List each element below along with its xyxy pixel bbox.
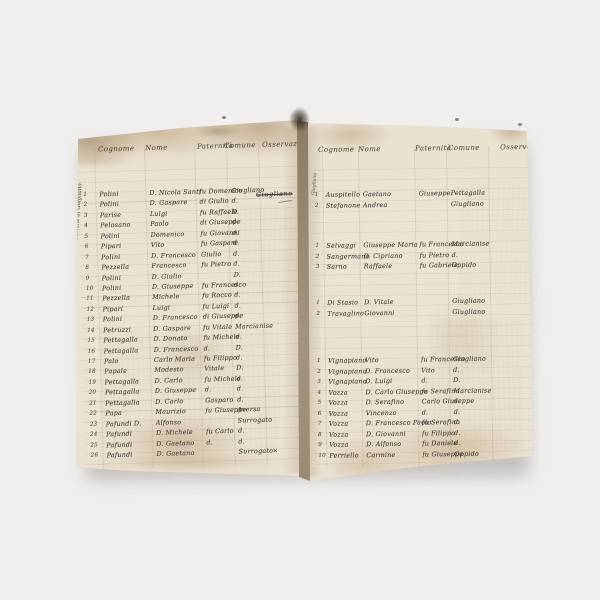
cell-cognome: Vignapiano — [328, 366, 367, 377]
cell-number: 3 — [317, 377, 321, 388]
cell-comune: d. — [238, 426, 245, 437]
cell-comune: d. — [454, 396, 461, 407]
cell-number: 8 — [318, 429, 322, 440]
cell-comune: d. — [232, 227, 239, 238]
register-block-a: 1 Auspitello Gaetano Giuseppe Pettagalla… — [313, 187, 529, 211]
cell-nome: D. Alfonso — [366, 439, 401, 450]
right-page-content: Cognome Nome Paternità Comune Osservazio… — [312, 143, 533, 476]
cell-nome: Vincenzo — [366, 407, 397, 418]
cell-comune: d. — [237, 384, 244, 395]
cell-number: 13 — [87, 315, 95, 326]
cell-number: 11 — [86, 294, 94, 305]
register-block-c: 1 Di Stasio D. Vitale Giugliano 2 Travag… — [314, 295, 530, 319]
cell-number: 23 — [90, 419, 98, 430]
cell-number: 7 — [85, 252, 89, 263]
cell-comune: Giugliano — [453, 354, 486, 365]
cell-paternita: d. — [206, 437, 213, 448]
cell-number: 8 — [85, 263, 89, 274]
header-cognome: Cognome — [98, 144, 135, 153]
cell-nome: Andrea — [363, 199, 388, 210]
cell-nome: D. Vitale — [364, 297, 394, 308]
cell-number: 26 — [91, 450, 99, 461]
cell-cognome: Auspitello — [326, 189, 361, 200]
cell-number: 2 — [84, 200, 88, 211]
register-block-b: 1 Selvaggi Giuseppe Maria fu Francesco M… — [313, 238, 529, 273]
header-nome: Nome — [358, 145, 381, 153]
stain-right-top-corner — [488, 113, 534, 145]
cell-number: 12 — [86, 304, 94, 315]
cell-paternita: Giuseppe — [419, 188, 451, 199]
header-comune: Comune — [224, 141, 256, 150]
cell-nome: D. Luigi — [365, 376, 392, 387]
cell-comune: d. — [233, 238, 240, 249]
cell-cognome: Vozza — [329, 429, 349, 440]
cell-cognome: Travaglino — [327, 308, 364, 319]
table-row: 3 Sarno Raffaele fu Gabriele Oppido — [314, 259, 530, 273]
cell-cognome: Parise — [100, 210, 121, 221]
cell-comune: Oppido — [454, 448, 479, 459]
cell-comune: D. — [234, 269, 242, 280]
cell-number: 2 — [316, 308, 320, 319]
cell-nome: Vito — [365, 355, 379, 366]
cell-number: 4 — [317, 387, 321, 398]
cell-comune: d. — [234, 290, 241, 301]
struck-entry: Giugliano — [256, 189, 293, 198]
cell-nome: Gaetano — [363, 189, 392, 200]
cell-number: 10 — [318, 450, 326, 461]
cell-number: 20 — [89, 388, 97, 399]
cell-paternita: Giulio — [201, 249, 222, 260]
cell-number: 9 — [318, 440, 322, 451]
cell-nome: Luigi — [152, 302, 170, 313]
cell-number: 22 — [89, 409, 97, 420]
cell-comune: d. — [235, 332, 242, 343]
cell-number: 16 — [88, 346, 96, 357]
cell-paternita: Vito — [421, 365, 435, 376]
cell-comune: d. — [233, 259, 240, 270]
cell-cognome: Pafundi — [106, 429, 132, 440]
cell-nome: Vito — [151, 240, 165, 251]
cell-number: 1 — [83, 190, 87, 201]
cell-number: 14 — [87, 325, 95, 336]
cell-nome: Giovanni — [364, 307, 394, 318]
cell-cognome: Vignapiano — [328, 355, 367, 366]
cell-cognome: Vignapiano — [328, 376, 367, 387]
cell-cognome: Pipari — [101, 241, 122, 252]
cell-comune: D. — [236, 342, 244, 353]
cell-paternita: fu Daniele — [422, 438, 457, 449]
cell-number: 1 — [316, 298, 320, 309]
cell-number: 3 — [84, 211, 88, 222]
cell-number: 15 — [87, 336, 95, 347]
cell-cognome: Pafundi — [107, 450, 133, 461]
header-comune: Comune — [448, 144, 480, 152]
cell-comune: d. — [236, 373, 243, 384]
cell-comune: d. — [233, 248, 240, 259]
cell-number: 18 — [88, 367, 96, 378]
cell-cognome: Perriello — [329, 450, 359, 461]
table-row: 2 Stefanone Andrea Giugliano — [313, 197, 529, 211]
cell-cognome: Di Stasio — [327, 297, 358, 308]
cell-comune: d. — [454, 438, 461, 449]
cell-cognome: Polini — [100, 231, 120, 242]
cell-cognome: Pafundi — [106, 439, 132, 450]
cell-paternita: Vitale — [204, 363, 224, 374]
cell-comune: d. — [237, 394, 244, 405]
cell-paternita: d. — [421, 375, 428, 386]
cell-nome: Paolo — [150, 219, 169, 230]
cell-cognome: Vozza — [328, 387, 348, 398]
cell-number: 1 — [315, 241, 319, 252]
cell-cognome: Vozza — [329, 419, 349, 430]
cell-nome: D. Cipriano — [363, 250, 402, 261]
table-header-right: Cognome Nome Paternità Comune Osservazio… — [312, 143, 528, 158]
cell-paternita: fu Luigi — [202, 301, 229, 312]
register-rows-left: 1 Polini D. Nicola Santi fu Domenico Giu… — [79, 184, 308, 461]
cell-number: 24 — [90, 430, 98, 441]
cell-comune: d. — [454, 406, 461, 417]
cell-paternita: fu Pietro — [419, 250, 449, 261]
cell-comune: D. — [236, 363, 244, 374]
cell-nome: Luigi — [150, 208, 168, 219]
cell-comune: d. — [235, 311, 242, 322]
cell-number: 2 — [315, 251, 319, 262]
cell-cognome: Vozza — [329, 440, 349, 451]
cell-number: 21 — [89, 398, 97, 409]
cell-comune: D. — [453, 375, 460, 386]
cell-number: 25 — [90, 440, 98, 451]
photo-background: Cognome Nome Paternità Comune Osservazio… — [0, 0, 600, 600]
cell-paternita: d. — [205, 385, 212, 396]
left-page-content: Cognome Nome Paternità Comune Osservazio… — [78, 140, 309, 466]
cell-cognome: Selvaggi — [326, 240, 356, 251]
cell-number: 4 — [84, 221, 88, 232]
cell-number: 5 — [84, 231, 88, 242]
cell-cognome: Papa — [105, 408, 122, 419]
cell-nome: Carmine — [366, 449, 395, 460]
cell-number: 7 — [318, 419, 322, 430]
cell-comune: Giugliano — [451, 198, 484, 209]
cell-comune: D. — [232, 206, 240, 217]
cell-cognome: Stefanone — [326, 200, 361, 211]
cell-comune: d. — [238, 436, 245, 447]
cell-nome: Giuseppe Maria — [363, 240, 418, 251]
cell-comune: d. — [231, 196, 238, 207]
cell-comune: Marcianise — [453, 385, 491, 396]
cell-comune: Surrogato — [238, 446, 273, 457]
cell-comune: Oppido — [452, 260, 477, 271]
cell-number: 6 — [85, 242, 89, 253]
cell-paternita: d. — [422, 407, 429, 418]
cell-number: 6 — [318, 408, 322, 419]
cell-number: 2 — [315, 200, 319, 211]
register-block-d: 1 Vignapiano Vito fu Francesco Giugliano… — [315, 353, 532, 461]
cell-number: 2 — [317, 366, 321, 377]
header-cognome: Cognome — [318, 145, 354, 154]
cell-comune: d. — [454, 427, 461, 438]
cell-nome: D. Francesco — [365, 365, 410, 376]
cell-comune: d. — [451, 249, 458, 260]
cell-comune: d. — [232, 217, 239, 228]
cell-comune: d. — [236, 352, 243, 363]
cell-cognome: Vozza — [329, 408, 349, 419]
header-osservazioni: Osservazioni — [500, 143, 550, 152]
cell-comune: Aversa — [237, 404, 260, 415]
cell-cognome: Pipari — [102, 304, 123, 315]
cell-comune: Giugliano — [452, 296, 485, 307]
ink-speck — [455, 118, 459, 121]
cell-comune: Giugliano — [452, 306, 485, 317]
cell-cognome: Palo — [104, 356, 119, 367]
cell-cognome: Papale — [104, 366, 127, 377]
cell-comune: d. — [454, 417, 461, 428]
cell-cognome: Polini — [100, 199, 120, 210]
header-paternita: Paternità — [415, 144, 451, 153]
cell-comune: d. — [234, 279, 241, 290]
stain-left-top-spot — [196, 124, 240, 138]
header-nome: Nome — [145, 143, 168, 152]
cell-number: 1 — [317, 356, 321, 367]
ink-speck — [518, 123, 522, 126]
cell-number: 17 — [88, 357, 96, 368]
cell-number: 10 — [86, 284, 94, 295]
cell-paternita: Carlo Giuseppe — [422, 396, 475, 407]
cell-cognome: Sarno — [327, 262, 347, 273]
cell-nome: D. Serafino — [366, 397, 405, 408]
cell-cognome: Vozza — [329, 398, 349, 409]
cell-cognome: Polini — [99, 189, 119, 200]
cell-number: 3 — [316, 262, 320, 273]
cell-paternita: fu Filippo — [422, 428, 455, 439]
cell-comune: Marcianise — [451, 239, 489, 250]
cell-nome: D. Giovanni — [366, 428, 406, 439]
cell-cognome: Polini — [102, 272, 122, 283]
cell-cognome: Polini — [101, 251, 121, 262]
cell-number: 5 — [318, 398, 322, 409]
cell-comune: Pettagalla — [451, 188, 486, 199]
binding-ink-blot — [289, 107, 310, 132]
cell-nome: Raffaele — [364, 261, 393, 272]
cell-cognome: Polini — [102, 283, 122, 294]
cell-nome: Alfonso — [156, 417, 182, 428]
cell-cognome: Polini — [103, 314, 123, 325]
cell-comune: d. — [234, 300, 241, 311]
cell-number: 9 — [86, 273, 90, 284]
table-row: 2 Travaglino Giovanni Giugliano — [314, 305, 530, 319]
ink-speck — [222, 116, 226, 119]
cell-comune: d. — [453, 364, 460, 375]
cell-nome: D. Gaetano — [156, 448, 194, 460]
cell-osservazioni: × — [272, 445, 278, 456]
cell-number: 19 — [88, 377, 96, 388]
cell-paternita: d. — [204, 343, 211, 354]
